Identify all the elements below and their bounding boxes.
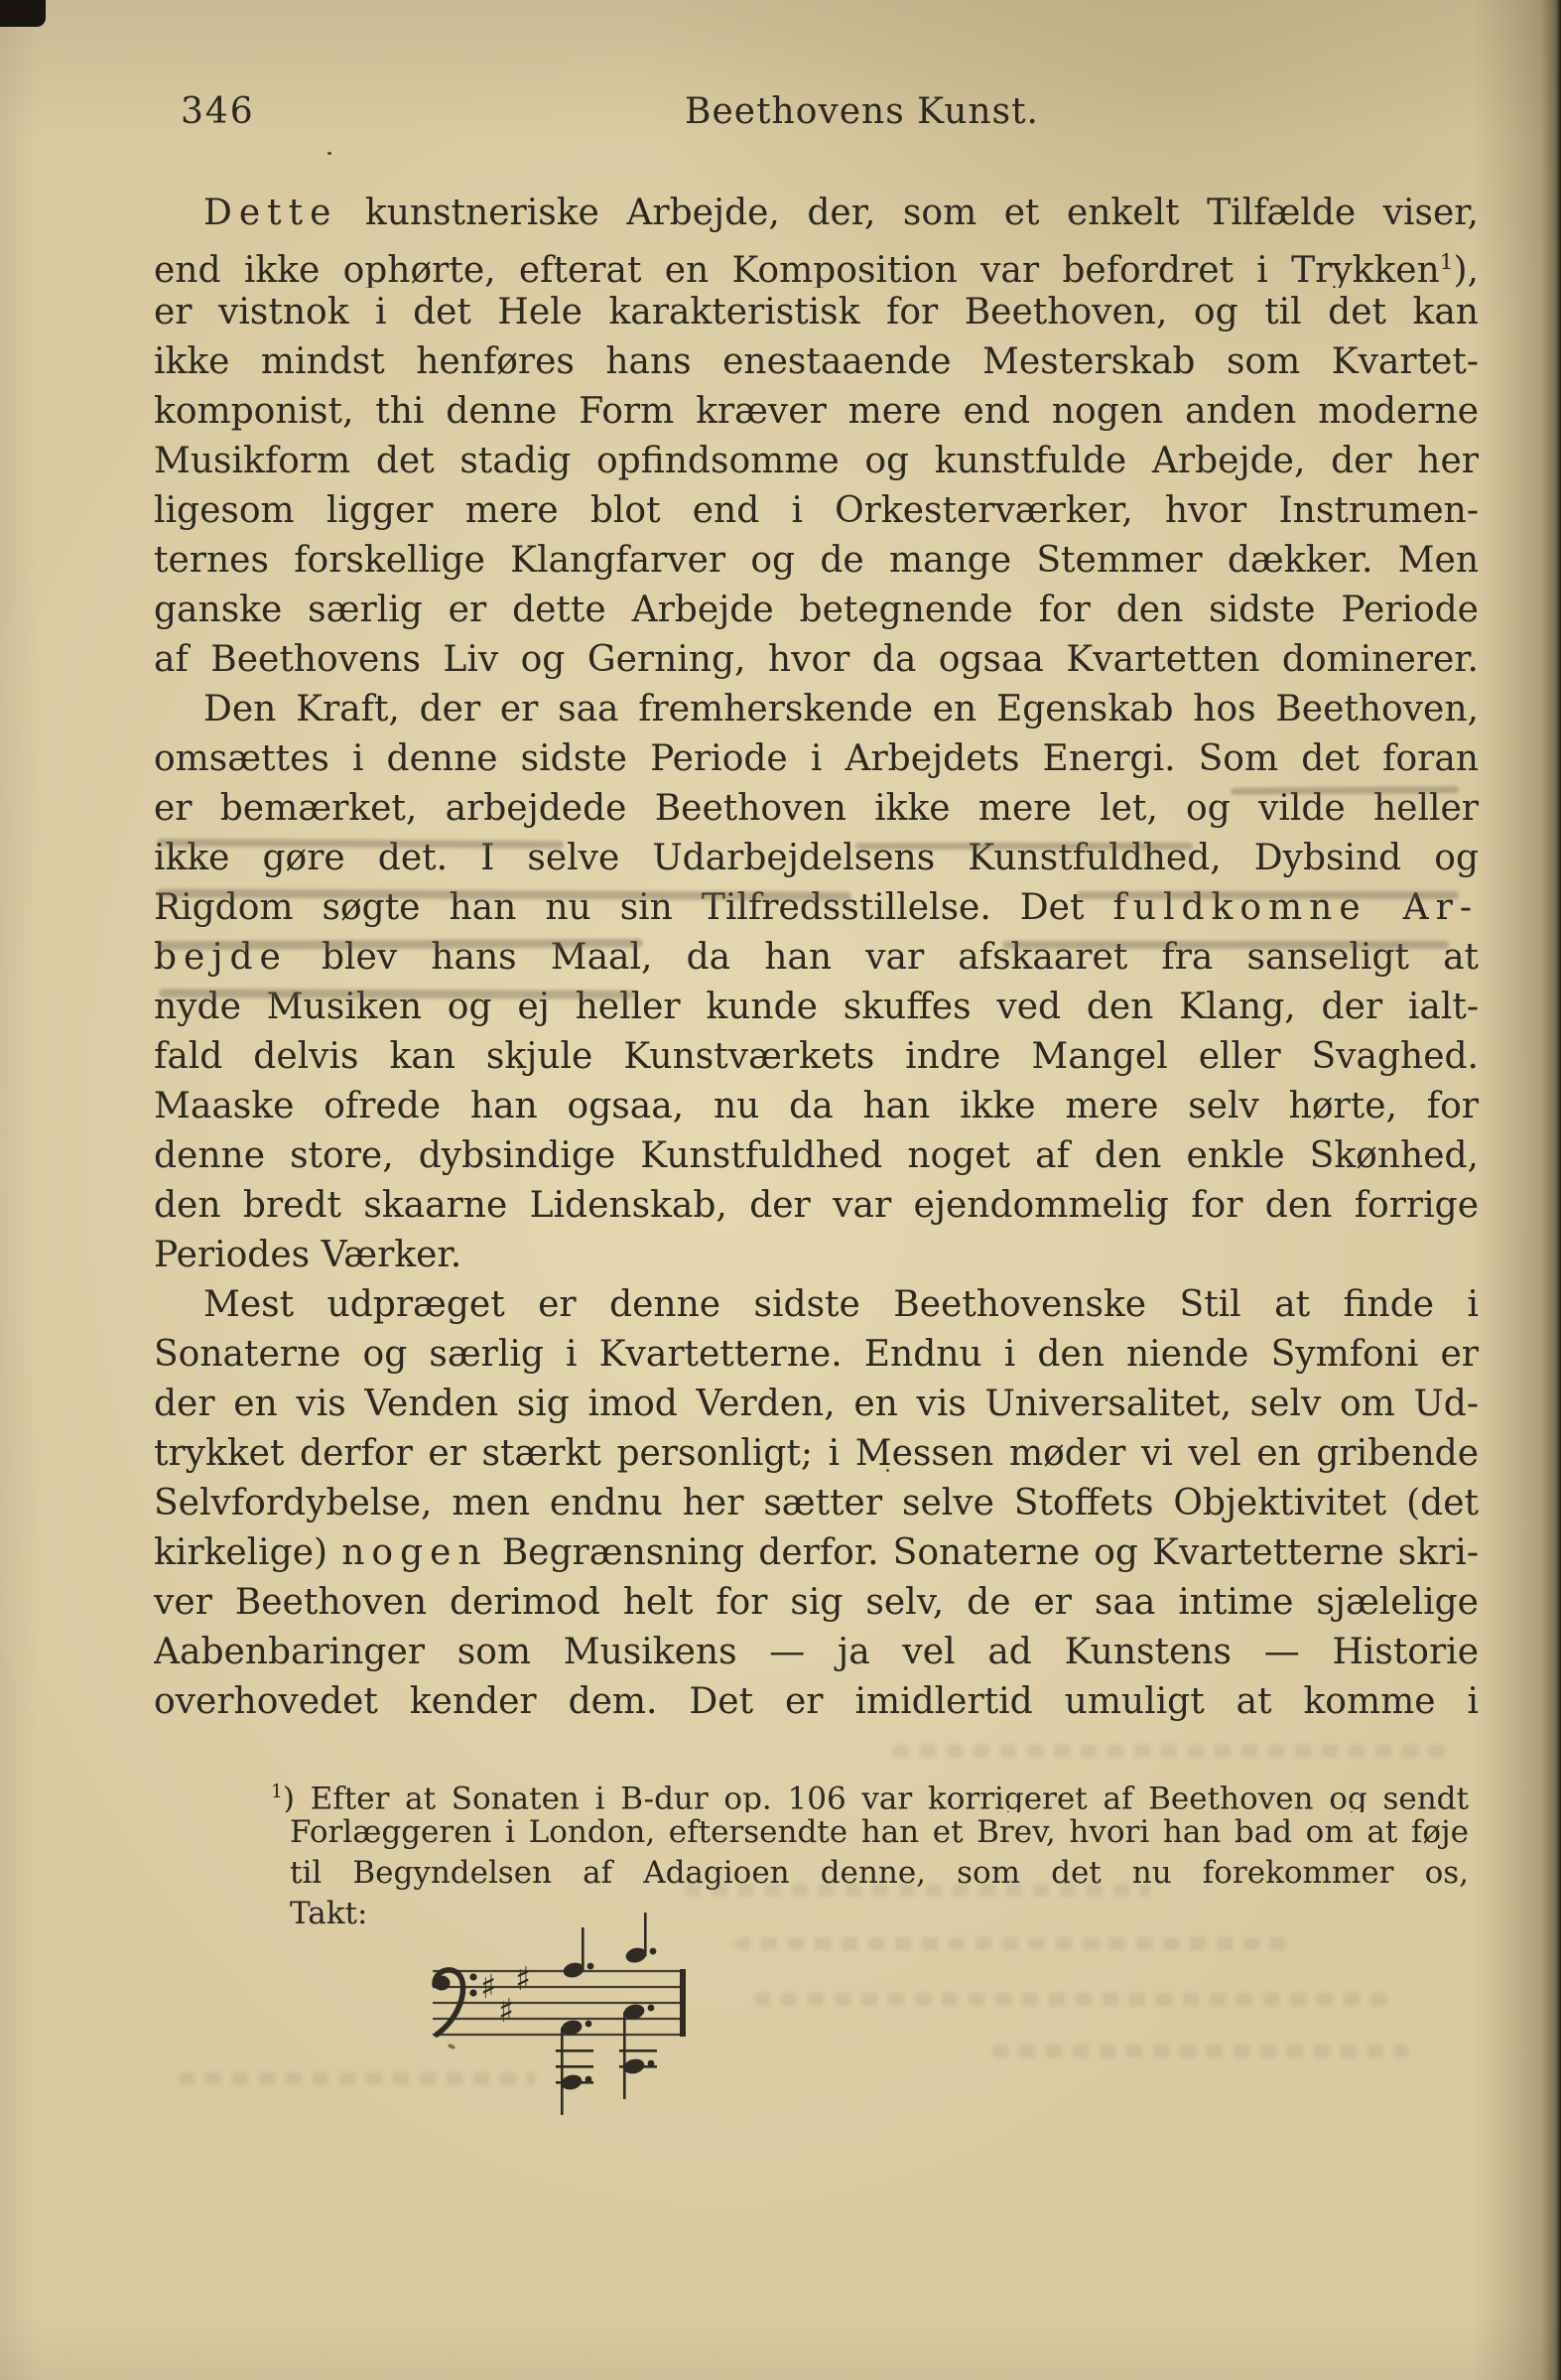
sharp-icon: ♯	[480, 1967, 496, 2006]
text-line: Dette kunstneriske Arbejde, der, som et …	[154, 189, 1479, 238]
page-edge-shadow	[1472, 0, 1561, 2380]
text-line: Musikform det stadig opfindsomme og kuns…	[154, 437, 1479, 486]
ink-fleck	[448, 2043, 456, 2049]
text-line: ver Beethoven derimod helt for sig selv,…	[154, 1578, 1479, 1628]
text-line: ternes forskellige Klangfarver og de man…	[154, 536, 1479, 586]
sharp-icon: ♯	[498, 1991, 514, 2030]
scan-corner-notch	[0, 0, 46, 27]
text-line: 1) Efter at Sonaten i B-dur op. 106 var …	[271, 1772, 1469, 1812]
page-header: 346 Beethovens Kunst.	[0, 91, 1561, 131]
pencil-underline	[1002, 941, 1449, 949]
music-notation-figure: ♯ ♯ ♯	[425, 1912, 713, 2125]
scanned-book-page: { "page": { "number": "346", "running_ti…	[0, 0, 1561, 2380]
pencil-underline	[1077, 891, 1459, 899]
text-line: der en vis Venden sig imod Verden, en vi…	[154, 1380, 1479, 1429]
text-line: Aabenbaringer som Musikens — ja vel ad K…	[154, 1628, 1479, 1677]
text-line: den bredt skaarne Lidenskab, der var eje…	[154, 1181, 1479, 1231]
text-line: fald delvis kan skjule Kunstværkets indr…	[154, 1032, 1479, 1082]
music-notation-svg: ♯ ♯ ♯	[425, 1912, 713, 2125]
staff-lines	[433, 1971, 685, 2035]
text-line: Sonaterne og særlig i Kvartetterne. Endn…	[154, 1330, 1479, 1380]
text-line: af Beethovens Liv og Gerning, hvor da og…	[154, 635, 1479, 685]
text-line: Selvfordybelse, men endnu her sætter sel…	[154, 1479, 1479, 1528]
text-line: ikke mindst henføres hans enestaaende Me…	[154, 337, 1479, 387]
text-line: ganske særlig er dette Arbejde betegnend…	[154, 586, 1479, 635]
upper-voice-notes	[562, 1913, 656, 1980]
text-line: ligesom ligger mere blot end i Orkesterv…	[154, 486, 1479, 536]
sharp-icon: ♯	[515, 1959, 531, 1998]
text-line: omsættes i denne sidste Periode i Arbejd…	[154, 734, 1479, 784]
page-number: 346	[181, 91, 255, 132]
text-line: komponist, thi denne Form kræver mere en…	[154, 387, 1479, 437]
text-line: trykket derfor er stærkt personligt; i M…	[154, 1429, 1479, 1479]
text-line: denne store, dybsindige Kunstfuldhed nog…	[154, 1131, 1479, 1181]
text-line: overhovedet kender dem. Det er imidlerti…	[154, 1677, 1479, 1727]
text-line: end ikke ophørte, efterat en Komposition…	[154, 238, 1479, 288]
ink-fleck	[327, 152, 331, 155]
ink-fleck	[886, 1469, 889, 1472]
bleed-through-text	[754, 1993, 1389, 2006]
text-line: kirkelige) nogen Begrænsning derfor. Son…	[154, 1528, 1479, 1578]
bleed-through-text	[893, 1745, 1449, 1758]
text-line: Periodes Værker.	[154, 1231, 1479, 1280]
text-line: Den Kraft, der er saa fremherskende en E…	[154, 685, 1479, 734]
text-line: Mest udpræget er denne sidste Beethovens…	[154, 1280, 1479, 1330]
barline	[680, 1969, 686, 2037]
text-line: er vistnok i det Hele karakteristisk for…	[154, 288, 1479, 337]
pencil-underline	[855, 843, 1193, 850]
bleed-through-text	[734, 1937, 1290, 1950]
text-line: Forlæggeren i London, eftersendte han et…	[271, 1812, 1469, 1853]
running-title: Beethovens Kunst.	[685, 91, 1039, 132]
bleed-through-text	[992, 2045, 1409, 2057]
footnote: 1) Efter at Sonaten i B-dur op. 106 var …	[271, 1772, 1469, 1934]
text-line: Maaske ofrede han ogsaa, nu da han ikke …	[154, 1082, 1479, 1131]
body-text: Dette kunstneriske Arbejde, der, som et …	[154, 189, 1479, 1727]
bleed-through-text	[685, 1884, 1151, 1897]
pencil-underline	[159, 989, 635, 999]
